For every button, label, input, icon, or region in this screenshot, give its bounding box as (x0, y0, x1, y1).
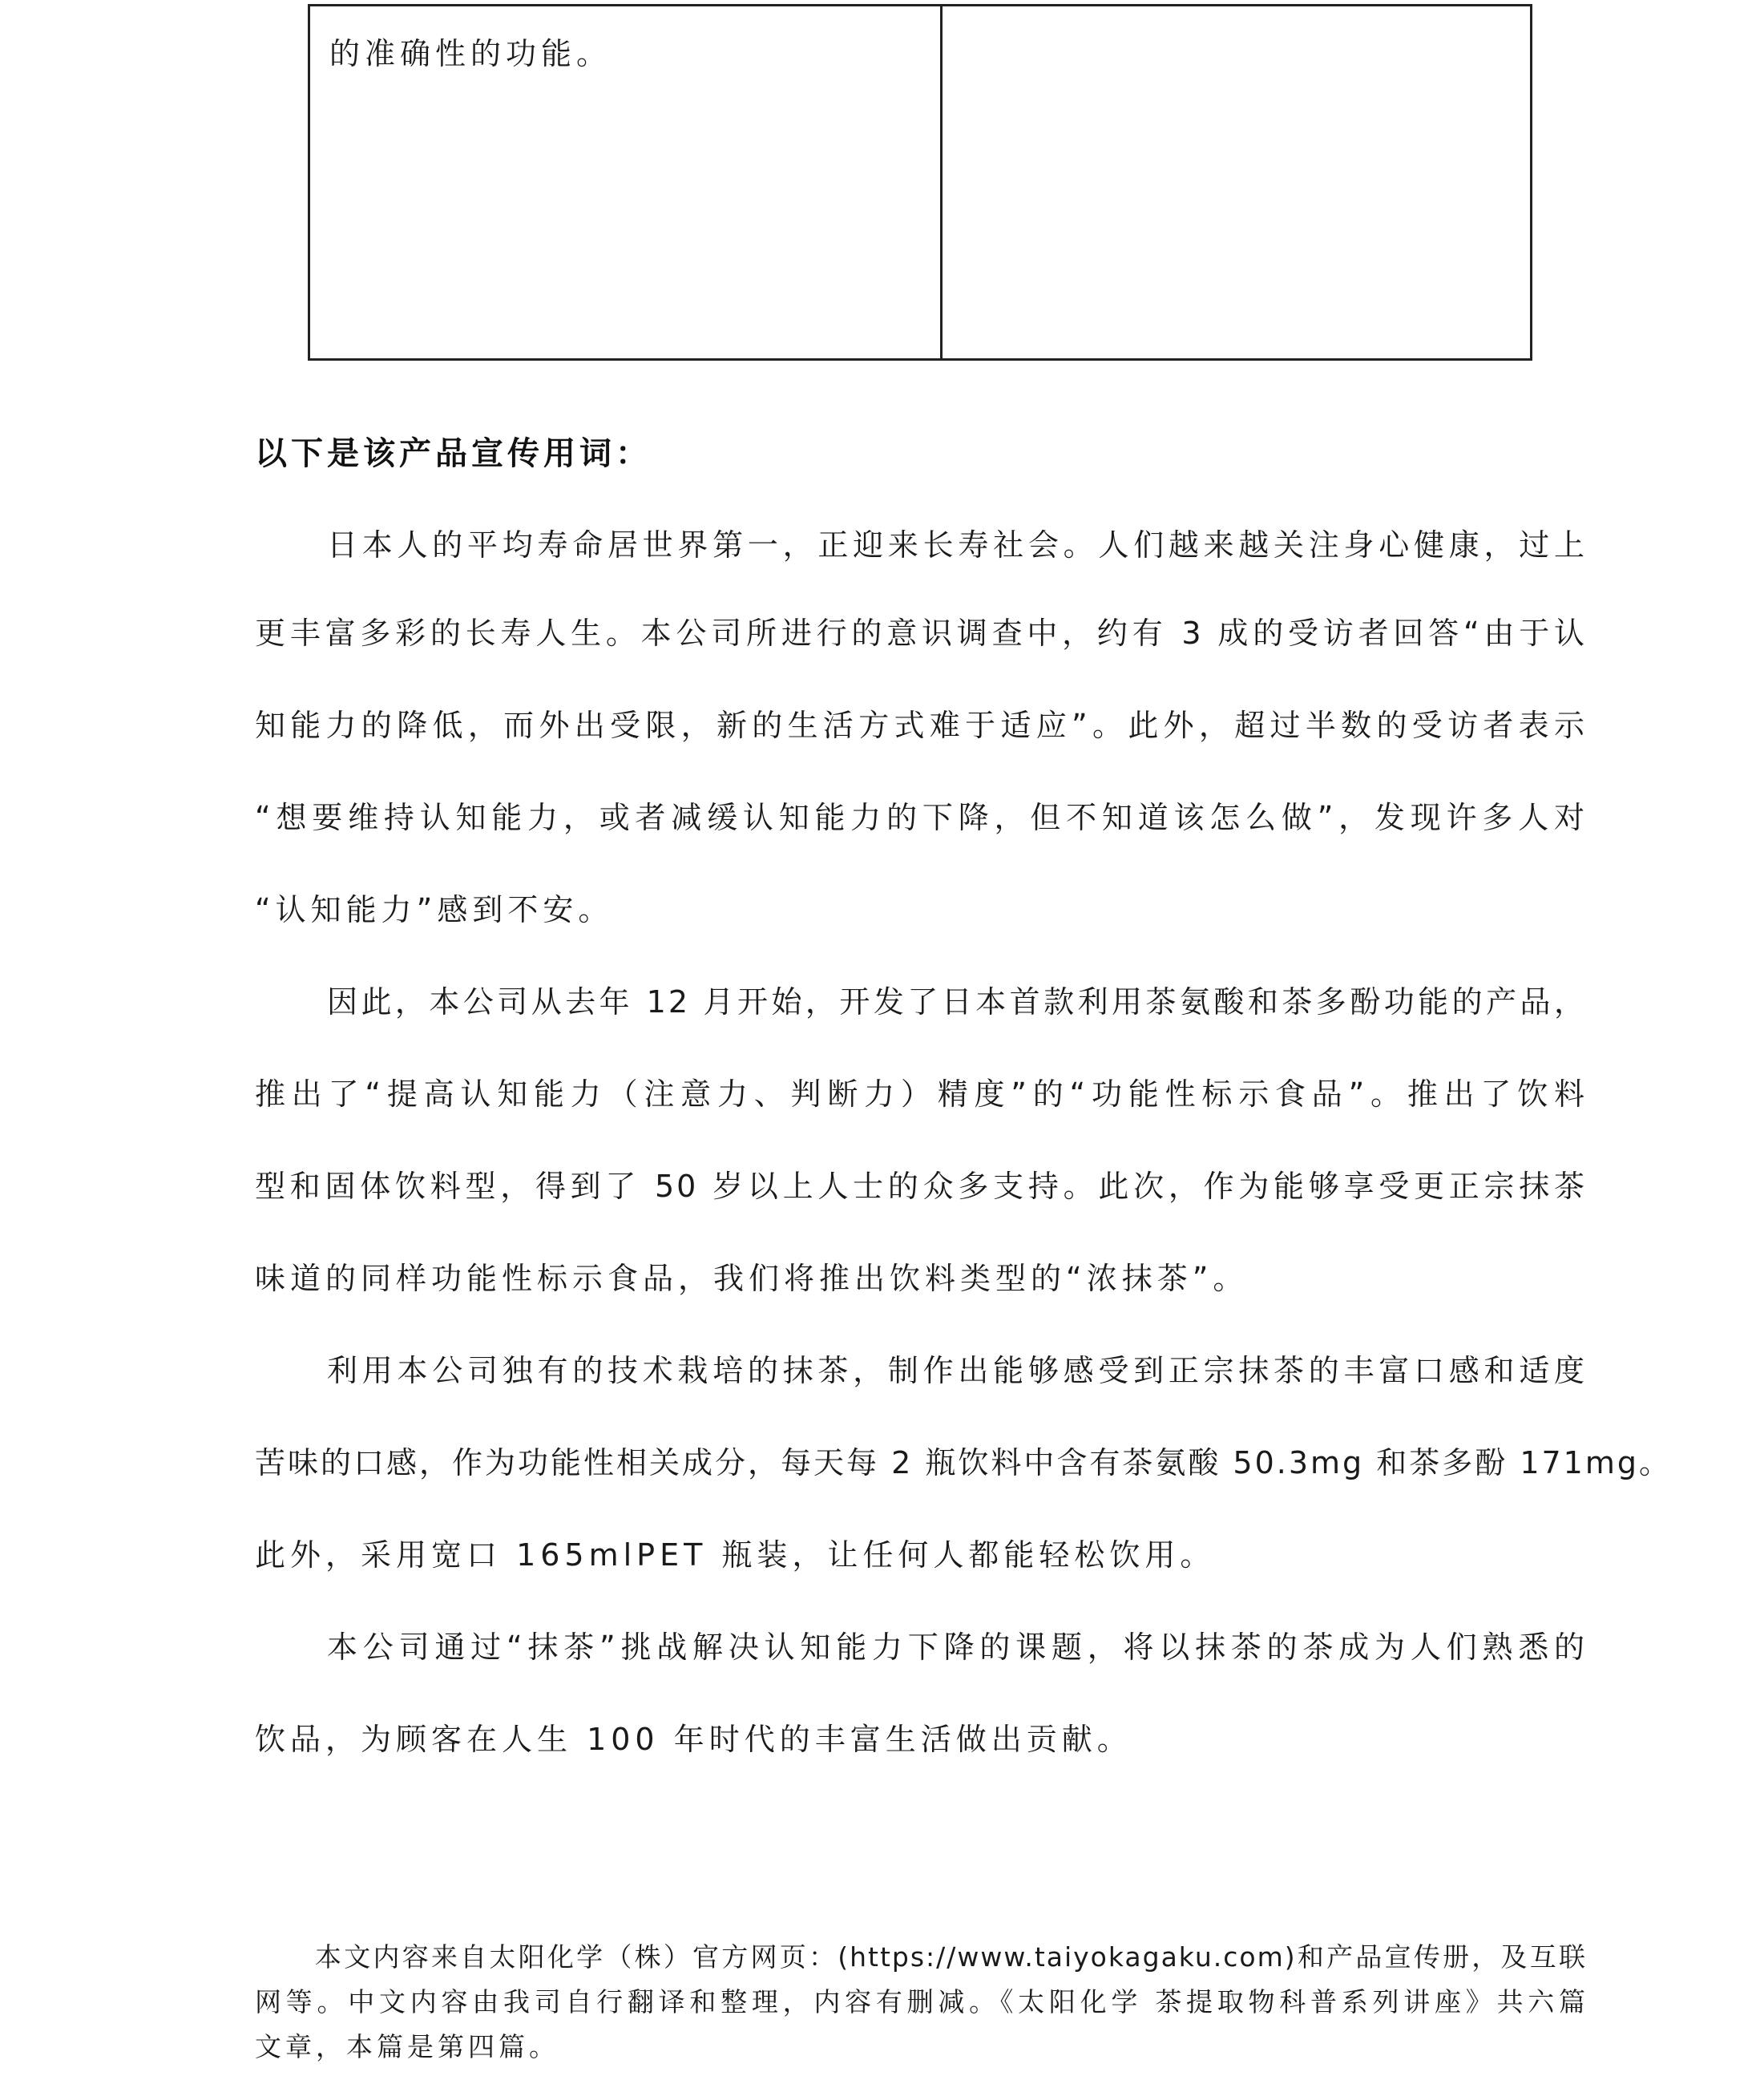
paragraph-2-line-4: 味道的同样功能性标示食品，我们将推出饮料类型的“浓抹茶”。 (255, 1259, 1248, 1298)
paragraph-4-line-2: 饮品，为顾客在人生 100 年时代的丰富生活做出贡献。 (255, 1720, 1132, 1759)
paragraph-1-line-5: “认知能力”感到不安。 (255, 891, 613, 929)
paragraph-3-line-3: 此外，采用宽口 165mlPET 瓶装，让任何人都能轻松饮用。 (255, 1536, 1215, 1574)
paragraph-4-line-1: 本公司通过“抹茶”挑战解决认知能力下降的课题，将以抹茶的茶成为人们熟悉的 (327, 1628, 1587, 1666)
footer-note-line-3: 文章，本篇是第四篇。 (255, 2029, 559, 2065)
table-cell-text: 的准确性的功能。 (329, 34, 612, 74)
section-heading: 以下是该产品宣传用词： (255, 433, 652, 475)
paragraph-1-line-3: 知能力的降低，而外出受限，新的生活方式难于适应”。此外，超过半数的受访者表示 (255, 706, 1587, 745)
document-page: 的准确性的功能。 以下是该产品宣传用词： 日本人的平均寿命居世界第一，正迎来长寿… (0, 0, 1764, 2084)
paragraph-3-line-2: 苦味的口感，作为功能性相关成分，每天每 2 瓶饮料中含有茶氨酸 50.3mg 和… (255, 1444, 1617, 1482)
paragraph-1-line-4: “想要维持认知能力，或者减缓认知能力的下降，但不知道该怎么做”，发现许多人对 (255, 798, 1587, 837)
paragraph-1-line-2: 更丰富多彩的长寿人生。本公司所进行的意识调查中，约有 3 成的受访者回答“由于认 (255, 614, 1587, 652)
paragraph-2-line-3: 型和固体饮料型，得到了 50 岁以上人士的众多支持。此次，作为能够享受更正宗抹茶 (255, 1167, 1587, 1206)
product-info-table: 的准确性的功能。 (308, 4, 1532, 361)
paragraph-3-line-1: 利用本公司独有的技术栽培的抹茶，制作出能够感受到正宗抹茶的丰富口感和适度 (327, 1351, 1587, 1390)
paragraph-2-line-2: 推出了“提高认知能力（注意力、判断力）精度”的“功能性标示食品”。推出了饮料 (255, 1075, 1587, 1113)
paragraph-1-line-1: 日本人的平均寿命居世界第一，正迎来长寿社会。人们越来越关注身心健康，过上 (327, 526, 1587, 564)
table-cell-left: 的准确性的功能。 (310, 6, 943, 358)
footer-note-line-1: 本文内容来自太阳化学（株）官方网页：(https://www.taiyokaga… (315, 1940, 1587, 1975)
paragraph-2-line-1: 因此，本公司从去年 12 月开始，开发了日本首款利用茶氨酸和茶多酚功能的产品， (327, 983, 1587, 1021)
footer-note-line-2: 网等。中文内容由我司自行翻译和整理，内容有删减。《太阳化学 茶提取物科普系列讲座… (255, 1985, 1587, 2020)
table-cell-right (943, 6, 1530, 358)
